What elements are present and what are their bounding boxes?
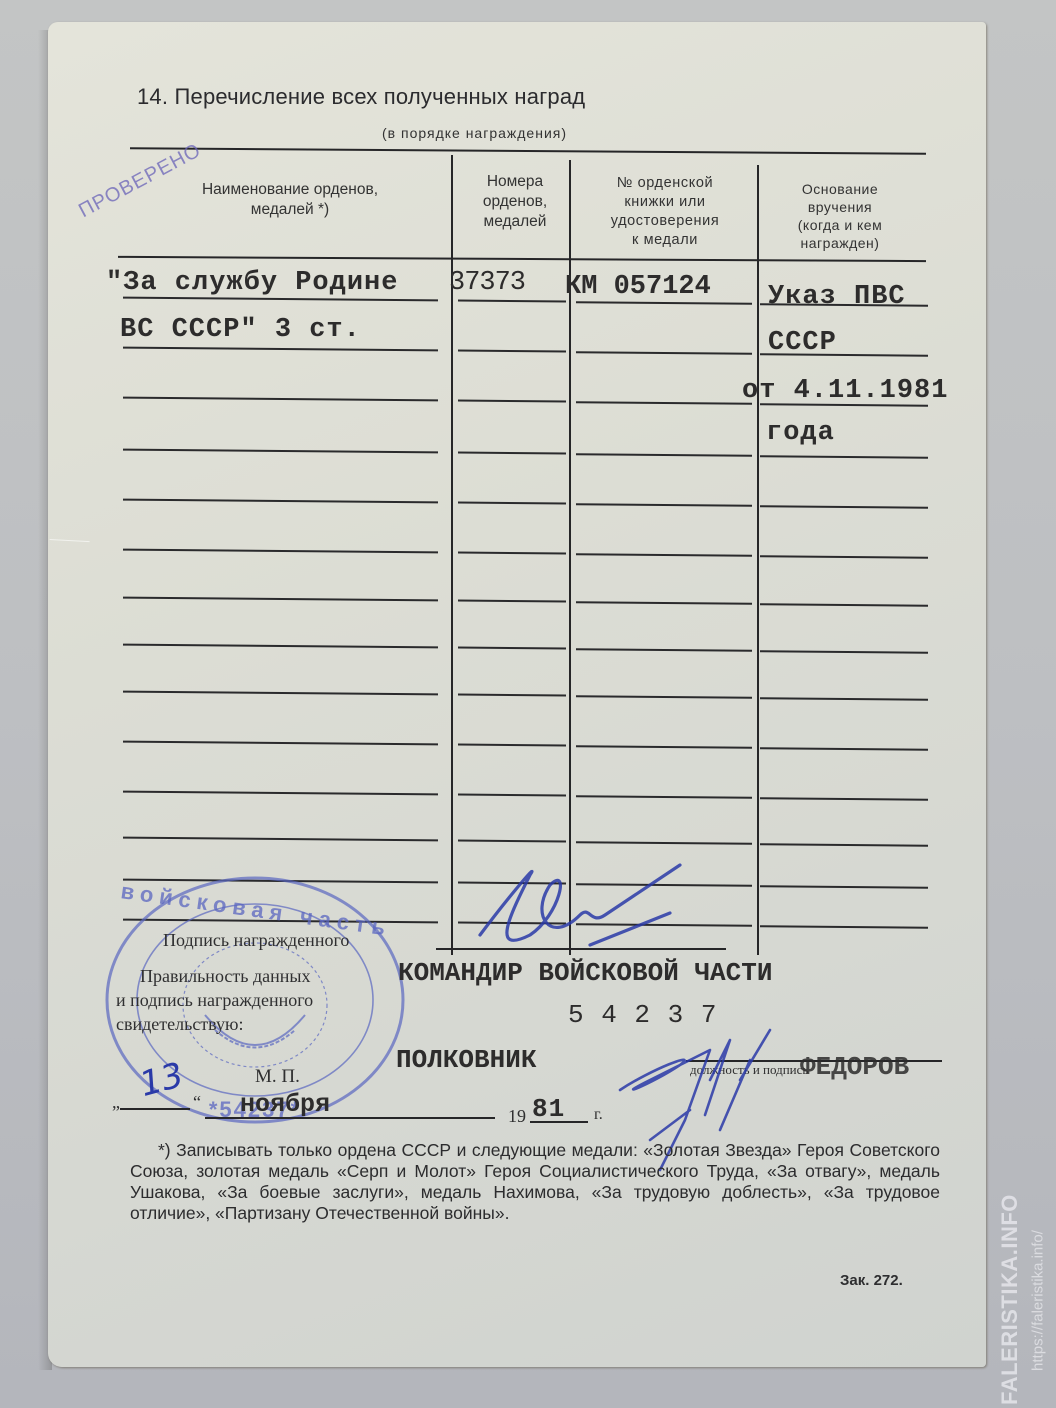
watermark: FALERISTIKA.INFO https://faleristika.inf…: [960, 1200, 1056, 1400]
paper-crease: [46, 539, 89, 602]
seal-placeholder: М. П.: [255, 1066, 300, 1088]
date-day-line: [120, 1108, 190, 1110]
date-year-suffix: 81: [532, 1094, 565, 1124]
officer-rank: ПОЛКОВНИК: [396, 1045, 536, 1075]
date-month: ноября: [240, 1090, 330, 1119]
watermark-url[interactable]: https://faleristika.info/: [1030, 1201, 1047, 1401]
award-number: 37373: [449, 268, 525, 298]
section-title: 14. Перечисление всех полученных наград: [137, 84, 585, 110]
column-header-award-numbers: Номера орденов, медалей: [460, 172, 570, 232]
recipient-signature-label: Подпись награжденного: [163, 930, 349, 951]
column-header-certificate-number: № орденской книжки или удостоверения к м…: [575, 174, 755, 250]
date-year-line: [530, 1121, 588, 1123]
correctness-label-1: Правильность данных: [140, 966, 310, 987]
correctness-label-3: свидетельствую:: [116, 1014, 244, 1035]
date-month-line: [205, 1117, 495, 1119]
award-name-line-1: "За службу Родине: [106, 268, 398, 298]
award-basis-line-1: Указ ПВС: [768, 282, 906, 312]
date-quote-open: „: [112, 1092, 120, 1113]
column-header-award-name: Наименование орденов, медалей *): [140, 180, 440, 220]
print-order-number: Зак. 272.: [840, 1272, 903, 1289]
watermark-brand: FALERISTIKA.INFO: [997, 1205, 1023, 1405]
date-quote-close: “: [193, 1092, 201, 1113]
award-basis-line-3: от 4.11.1981: [742, 376, 948, 406]
correctness-label-2: и подпись награжденного: [116, 990, 313, 1011]
award-basis-line-4: года: [766, 418, 835, 448]
date-year-prefix: 19: [508, 1106, 526, 1127]
column-header-basis: Основание вручения (когда и кем награжде…: [765, 180, 915, 252]
award-name-line-2: ВС СССР" 3 ст.: [120, 315, 361, 345]
recipient-signature: [470, 855, 700, 965]
certificate-number: КМ 057124: [565, 272, 711, 302]
section-subtitle: (в порядке награждения): [382, 125, 567, 141]
footnote: *) Записывать только ордена СССР и следу…: [130, 1140, 940, 1224]
column-divider-3: [757, 165, 759, 955]
